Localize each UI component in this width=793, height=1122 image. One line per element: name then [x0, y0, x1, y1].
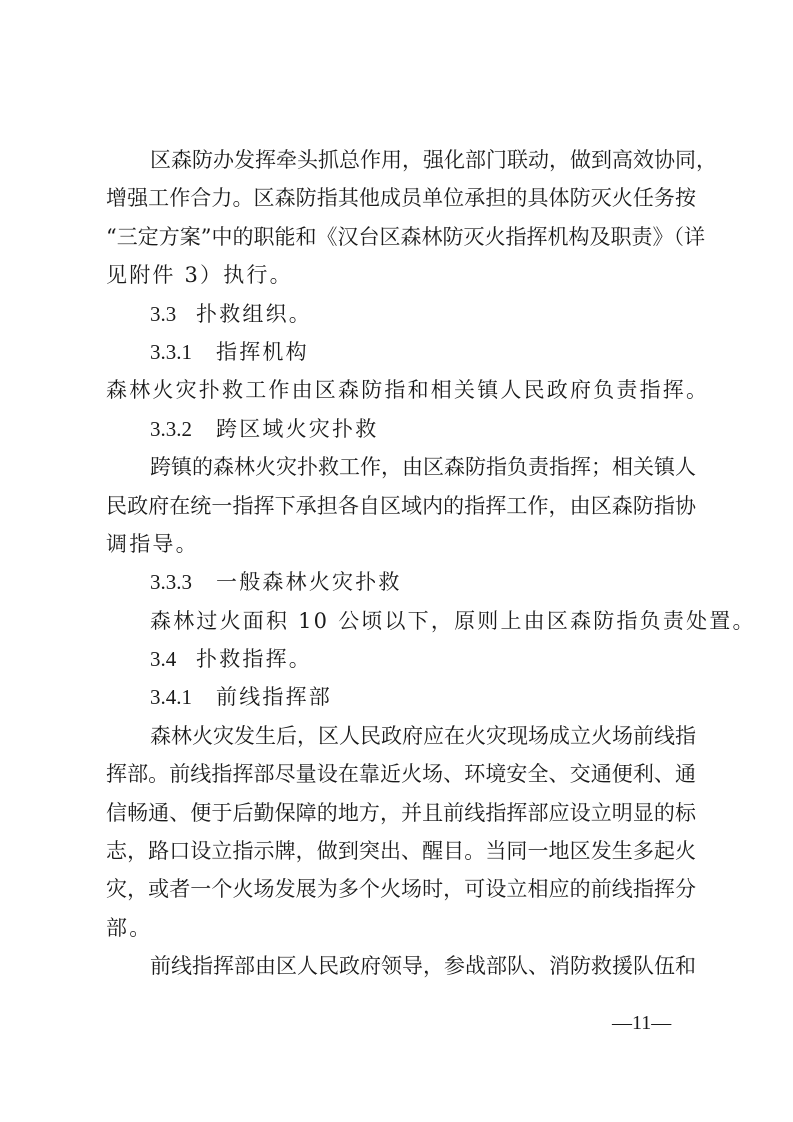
section-title: 一般森林火灾扑救: [216, 570, 402, 594]
section-heading-3-3: 3.3扑救组织。: [106, 295, 696, 333]
section-number: 3.3: [150, 295, 196, 333]
section-number: 3.3.1: [150, 333, 216, 371]
paragraph-line: 增强工作合力。区森防指其他成员单位承担的具体防灭火任务按: [106, 179, 696, 217]
section-heading-3-3-3: 3.3.3一般森林火灾扑救: [106, 563, 696, 601]
section-heading-3-3-1: 3.3.1指挥机构: [106, 333, 696, 371]
paragraph-line: 森林火灾扑救工作由区森防指和相关镇人民政府负责指挥。: [106, 371, 696, 409]
paragraph-line: 信畅通、便于后勤保障的地方，并且前线指挥部应设立明显的标: [106, 794, 696, 832]
section-number: 3.4.1: [150, 678, 216, 716]
section-heading-3-4-1: 3.4.1前线指挥部: [106, 678, 696, 716]
document-page: 区森防办发挥牵头抓总作用，强化部门联动，做到高效协同， 增强工作合力。区森防指其…: [106, 141, 696, 986]
paragraph-line: “三定方案”中的职能和《汉台区森林防灭火指挥机构及职责》（详: [106, 218, 696, 256]
paragraph-line: 见附件 3）执行。: [106, 256, 696, 294]
paragraph-line: 森林过火面积 10 公顷以下，原则上由区森防指负责处置。: [106, 602, 696, 640]
section-heading-3-4: 3.4扑救指挥。: [106, 640, 696, 678]
section-title: 扑救组织。: [196, 302, 312, 326]
paragraph-line: 区森防办发挥牵头抓总作用，强化部门联动，做到高效协同，: [106, 141, 696, 179]
paragraph-line: 调指导。: [106, 525, 696, 563]
paragraph-line: 跨镇的森林火灾扑救工作，由区森防指负责指挥；相关镇人: [106, 448, 696, 486]
section-heading-3-3-2: 3.3.2跨区域火灾扑救: [106, 410, 696, 448]
page-number: —11—: [612, 1012, 671, 1035]
paragraph-line: 志，路口设立指示牌，做到突出、醒目。当同一地区发生多起火: [106, 832, 696, 870]
section-title: 跨区域火灾扑救: [216, 417, 378, 441]
paragraph-line: 民政府在统一指挥下承担各自区域内的指挥工作，由区森防指协: [106, 487, 696, 525]
section-title: 扑救指挥。: [196, 647, 312, 671]
paragraph-line: 部。: [106, 909, 696, 947]
section-title: 前线指挥部: [216, 685, 332, 709]
paragraph-line: 挥部。前线指挥部尽量设在靠近火场、环境安全、交通便利、通: [106, 755, 696, 793]
paragraph-line: 前线指挥部由区人民政府领导，参战部队、消防救援队伍和: [106, 947, 696, 985]
paragraph-line: 灾，或者一个火场发展为多个火场时，可设立相应的前线指挥分: [106, 870, 696, 908]
section-number: 3.3.2: [150, 410, 216, 448]
paragraph-line: 森林火灾发生后，区人民政府应在火灾现场成立火场前线指: [106, 717, 696, 755]
section-title: 指挥机构: [216, 340, 309, 364]
section-number: 3.3.3: [150, 563, 216, 601]
section-number: 3.4: [150, 640, 196, 678]
